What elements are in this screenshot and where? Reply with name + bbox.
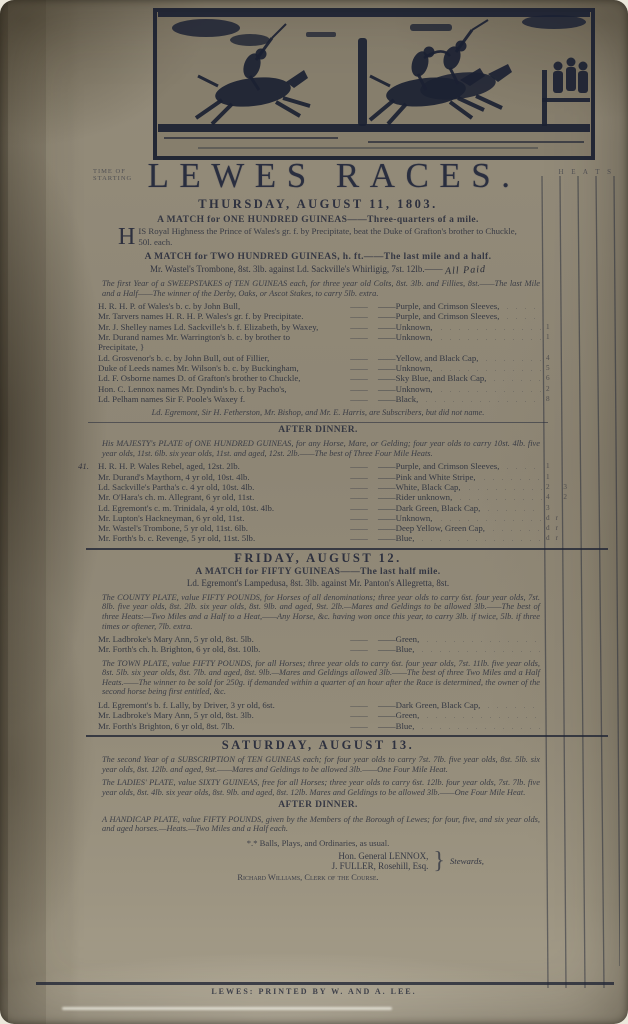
- entry-heat-result: 1: [546, 322, 602, 332]
- county-plate-entries: Mr. Ladbroke's Mary Ann, 5 yr old, 8st. …: [98, 634, 544, 655]
- entry-row: Mr. Forth's b. c. Revenge, 5 yr old, 11s…: [98, 533, 544, 543]
- entry-colours: ——Purple, and Crimson Sleeves,: [378, 301, 499, 311]
- entry-row: Mr. Lupton's Hackneyman, 6 yr old, 11st.…: [98, 513, 544, 523]
- steward-name: Hon. General LENNOX,: [332, 851, 429, 862]
- match2-title: A MATCH for TWO HUNDRED GUINEAS, h. ft.—…: [92, 252, 544, 263]
- entry-colours: ——Deep Yellow, Green Cap,: [378, 523, 485, 533]
- entry-dash: ——: [340, 523, 378, 533]
- entry-dot-leader: [488, 374, 542, 381]
- entry-dot-leader: [501, 462, 542, 469]
- entry-horse: Mr. Ladbroke's Mary Ann, 5 yr old, 8st. …: [98, 710, 340, 720]
- entry-dot-leader: [478, 473, 542, 480]
- entry-horse: Duke of Leeds names Mr. Wilson's b. c. b…: [98, 363, 340, 373]
- entry-row: Ld. F. Osborne names D. of Grafton's bro…: [98, 373, 544, 383]
- entry-dot-leader: [416, 645, 542, 652]
- entry-dash: ——: [340, 461, 378, 471]
- match1-title: A MATCH for ONE HUNDRED GUINEAS——Three-q…: [92, 215, 544, 226]
- entry-row: Mr. Ladbroke's Mary Ann, 5 yr old, 8st. …: [98, 634, 544, 644]
- entry-dot-leader: [482, 701, 542, 708]
- entry-heat-result: 4: [546, 353, 602, 363]
- entry-dot-leader: [454, 493, 542, 500]
- entry-horse: Mr. Forth's Brighton, 6 yr old, 8st. 7lb…: [98, 721, 340, 731]
- entry-colours: ——Sky Blue, and Black Cap,: [378, 373, 486, 383]
- sweepstakes-conditions: The first Year of a SWEEPSTAKES of TEN G…: [102, 279, 540, 298]
- entry-row: Ld. Egremont's b. f. Lally, by Driver, 3…: [98, 700, 544, 710]
- entry-row: Ld. Egremont's c. m. Trinidala, 4 yr old…: [98, 503, 544, 513]
- entry-colours: ——Green,: [378, 710, 419, 720]
- entry-row: Mr. Forth's ch. h. Brighton, 6 yr old, 8…: [98, 644, 544, 654]
- entry-row: Mr. Ladbroke's Mary Ann, 5 yr old, 8st. …: [98, 710, 544, 720]
- sweepstakes-entries: H. R. H. P. of Wales's b. c. by John Bul…: [98, 301, 544, 404]
- entry-horse: Mr. Tarvers names H. R. H. P. Wales's gr…: [98, 311, 340, 321]
- race-card-content: THURSDAY, AUGUST 11, 1803. A MATCH for O…: [92, 196, 544, 883]
- day-divider-rule: [86, 548, 608, 551]
- entry-row: Mr. J. Shelley names Ld. Sackville's b. …: [98, 322, 544, 332]
- entry-dot-leader: [487, 524, 542, 531]
- majesty-plate-conditions: His MAJESTY's PLATE of ONE HUNDRED GUINE…: [102, 439, 540, 458]
- entry-dash: ——: [340, 721, 378, 731]
- entry-heat-result: 8: [546, 394, 602, 404]
- clerk-of-course: Richard Williams, Clerk of the Course.: [92, 873, 524, 884]
- subscribers-footnote: Ld. Egremont, Sir H. Fetherston, Mr. Bis…: [92, 408, 544, 419]
- entry-heat-result: 4 2: [546, 492, 602, 502]
- entry-horse: Mr. Durand names Mr. Warrington's b. c. …: [98, 332, 340, 353]
- entry-dash: ——: [340, 394, 378, 404]
- entry-colours: ——Dark Green, Black Cap,: [378, 503, 480, 513]
- entry-dash: ——: [340, 301, 378, 311]
- entry-heat-result: 5: [546, 363, 602, 373]
- entry-colours: ——Blue,: [378, 533, 414, 543]
- entry-colours: ——Unknown,: [378, 384, 433, 394]
- handwritten-annotation: All Paid: [445, 264, 487, 277]
- entry-horse: Mr. Ladbroke's Mary Ann, 5 yr old, 8st. …: [98, 634, 340, 644]
- entry-dash: ——: [340, 492, 378, 502]
- paper-scratch-mark: [62, 1007, 392, 1010]
- entry-heat-result: 3: [546, 503, 602, 513]
- entry-colours: ——Pink and White Stripe,: [378, 472, 476, 482]
- entry-colours: ——White, Black Cap,: [378, 482, 461, 492]
- friday-match-title: A MATCH for FIFTY GUINEAS——The last half…: [92, 567, 544, 578]
- printer-imprint: LEWES: PRINTED BY W. AND A. LEE.: [0, 987, 628, 996]
- entry-heat-result: 6: [546, 373, 602, 383]
- entry-horse: Mr. Wastel's Trombone, 5 yr old, 11st. 6…: [98, 523, 340, 533]
- steward-name: J. FULLER, Rosehill, Esq.: [332, 861, 429, 872]
- entry-row: Hon. C. Lennox names Mr. Dyndin's b. c. …: [98, 384, 544, 394]
- entry-row: Mr. Durand's Maythorn, 4 yr old, 10st. 4…: [98, 472, 544, 482]
- entry-horse: Ld. Egremont's b. f. Lally, by Driver, 3…: [98, 700, 340, 710]
- entry-row: Mr. Tarvers names H. R. H. P. Wales's gr…: [98, 311, 544, 321]
- broadside-page: LEWES RACES. TIME OF STARTING H E A T S …: [0, 0, 628, 1024]
- entry-dash: ——: [340, 533, 378, 543]
- entry-dot-leader: [435, 385, 543, 392]
- entry-dash: ——: [340, 322, 378, 332]
- handicap-plate-conditions: A HANDICAP PLATE, value FIFTY POUNDS, gi…: [102, 815, 540, 834]
- entry-heat-result: dr: [546, 533, 602, 543]
- entry-dash: ——: [340, 700, 378, 710]
- entry-colours: ——Unknown,: [378, 322, 433, 332]
- entry-horse: Mr. Forth's b. c. Revenge, 5 yr old, 11s…: [98, 533, 340, 543]
- entry-row: Mr. Wastel's Trombone, 5 yr old, 11st. 6…: [98, 523, 544, 533]
- entry-dot-leader: [463, 483, 542, 490]
- entry-dot-leader: [420, 395, 542, 402]
- entry-colours: ——Unknown,: [378, 513, 433, 523]
- entry-colours: ——Unknown,: [378, 332, 433, 342]
- entry-horse: H. R. H. P. Wales Rebel, aged, 12st. 2lb…: [98, 461, 340, 471]
- entry-colours: ——Blue,: [378, 721, 414, 731]
- brace-glyph: }: [433, 856, 445, 867]
- horse-race-woodcut-icon: [157, 12, 591, 156]
- entry-dot-leader: [421, 635, 542, 642]
- entry-dash: ——: [340, 353, 378, 363]
- entry-horse: Mr. Forth's ch. h. Brighton, 6 yr old, 8…: [98, 644, 340, 654]
- entry-heat-result: 2: [546, 384, 602, 394]
- dropcap-H: H: [118, 227, 135, 247]
- entry-row: Mr. Forth's Brighton, 6 yr old, 8st. 7lb…: [98, 721, 544, 731]
- entry-row: Ld. Grosvenor's b. c. by John Bull, out …: [98, 353, 544, 363]
- thursday-heading: THURSDAY, AUGUST 11, 1803.: [92, 199, 544, 210]
- entry-horse: Mr. O'Hara's ch. m. Allegrant, 6 yr old,…: [98, 492, 340, 502]
- stewards-role-label: Stewards,: [450, 856, 484, 867]
- entry-row: Duke of Leeds names Mr. Wilson's b. c. b…: [98, 363, 544, 373]
- saturday-heading: SATURDAY, AUGUST 13.: [92, 740, 544, 751]
- match1-body: HIS Royal Highness the Prince of Wales's…: [118, 226, 530, 247]
- entry-dot-leader: [482, 504, 542, 511]
- balls-plays-note: *.* Balls, Plays, and Ordinaries, as usu…: [92, 838, 544, 849]
- entry-dot-leader: [416, 534, 542, 541]
- entry-dash: ——: [340, 513, 378, 523]
- after-dinner-label-2: AFTER DINNER.: [92, 800, 544, 811]
- entry-colours: ——Rider unknown,: [378, 492, 452, 502]
- entry-horse: Ld. Egremont's c. m. Trinidala, 4 yr old…: [98, 503, 340, 513]
- majesty-plate-entries: 41. H. R. H. P. Wales Rebel, aged, 12st.…: [98, 461, 544, 543]
- entry-horse: Ld. F. Osborne names D. of Grafton's bro…: [98, 373, 340, 383]
- entry-colours: ——Unknown,: [378, 363, 433, 373]
- heats-column-label: H E A T S: [558, 168, 614, 176]
- entry-horse: H. R. H. P. of Wales's b. c. by John Bul…: [98, 301, 340, 311]
- town-plate-entries: Ld. Egremont's b. f. Lally, by Driver, 3…: [98, 700, 544, 731]
- entry-row: Ld. Pelham names Sir F. Poole's Waxey f.…: [98, 394, 544, 404]
- entry-colours: ——Purple, and Crimson Sleeves,: [378, 311, 499, 321]
- entry-horse: Hon. C. Lennox names Mr. Dyndin's b. c. …: [98, 384, 340, 394]
- entry-row: Mr. Durand names Mr. Warrington's b. c. …: [98, 332, 544, 353]
- entry-heat-result: 1: [546, 461, 602, 471]
- entry-heat-result: 1: [546, 332, 602, 342]
- town-plate-conditions: The TOWN PLATE, value FIFTY POUNDS, for …: [102, 659, 540, 697]
- entry-dot-leader: [501, 312, 542, 319]
- entry-prefix: 41.: [78, 461, 89, 471]
- stewards-block: Hon. General LENNOX, J. FULLER, Rosehill…: [92, 851, 484, 872]
- entry-heat-result: dr: [546, 523, 602, 533]
- entry-colours: ——Green,: [378, 634, 419, 644]
- section-rule: [88, 422, 548, 423]
- entry-heat-result: dr: [546, 513, 602, 523]
- entry-dash: ——: [340, 332, 378, 342]
- entry-row: Ld. Sackville's Partha's c. 4 yr old, 10…: [98, 482, 544, 492]
- entry-horse: Mr. J. Shelley names Ld. Sackville's b. …: [98, 322, 340, 332]
- ladies-plate-conditions: The LADIES' PLATE, value SIXTY GUINEAS, …: [102, 778, 540, 797]
- entry-dot-leader: [435, 364, 543, 371]
- entry-dash: ——: [340, 384, 378, 394]
- subscription-conditions: The second Year of a SUBSCRIPTION of TEN…: [102, 755, 540, 774]
- entry-dot-leader: [435, 323, 543, 330]
- entry-horse: Ld. Grosvenor's b. c. by John Bull, out …: [98, 353, 340, 363]
- entry-dash: ——: [340, 363, 378, 373]
- county-plate-conditions: The COUNTY PLATE, value FIFTY POUNDS, fo…: [102, 593, 540, 631]
- entry-colours: ——Black,: [378, 394, 418, 404]
- entry-heat-result: 1: [546, 472, 602, 482]
- time-of-starting-label: TIME OF STARTING: [93, 168, 153, 182]
- entry-dot-leader: [421, 711, 542, 718]
- imprint-rule: [36, 982, 614, 985]
- entry-dash: ——: [340, 482, 378, 492]
- entry-horse: Ld. Pelham names Sir F. Poole's Waxey f.: [98, 394, 340, 404]
- entry-dot-leader: [501, 302, 542, 309]
- entry-dash: ——: [340, 311, 378, 321]
- entry-dot-leader: [480, 354, 542, 361]
- entry-dash: ——: [340, 634, 378, 644]
- entry-dash: ——: [340, 472, 378, 482]
- entry-dash: ——: [340, 373, 378, 383]
- friday-heading: FRIDAY, AUGUST 12.: [92, 553, 544, 564]
- entry-dash: ——: [340, 710, 378, 720]
- steward-names: Hon. General LENNOX, J. FULLER, Rosehill…: [332, 851, 429, 872]
- entry-dot-leader: [416, 722, 542, 729]
- entry-horse: Mr. Lupton's Hackneyman, 6 yr old, 11st.: [98, 513, 340, 523]
- entry-colours: ——Purple, and Crimson Sleeves,: [378, 461, 499, 471]
- entry-dot-leader: [435, 333, 543, 340]
- entry-heat-result: 2 3: [546, 482, 602, 492]
- day-divider-rule: [86, 735, 608, 738]
- entry-row: H. R. H. P. of Wales's b. c. by John Bul…: [98, 301, 544, 311]
- entry-horse: Ld. Sackville's Partha's c. 4 yr old, 10…: [98, 482, 340, 492]
- after-dinner-label-1: AFTER DINNER.: [92, 425, 544, 436]
- match2-line: Mr. Wastel's Trombone, 8st. 3lb. against…: [92, 264, 544, 276]
- entry-dash: ——: [340, 644, 378, 654]
- entry-dot-leader: [435, 514, 543, 521]
- entry-dash: ——: [340, 503, 378, 513]
- entry-colours: ——Dark Green, Black Cap,: [378, 700, 480, 710]
- entry-horse: Mr. Durand's Maythorn, 4 yr old, 10st. 4…: [98, 472, 340, 482]
- entry-colours: ——Yellow, and Black Cap,: [378, 353, 478, 363]
- friday-match-line: Ld. Egremont's Lampedusa, 8st. 3lb. agai…: [92, 578, 544, 589]
- heats-rule-columns: [538, 176, 620, 988]
- horse-race-woodcut-frame: [153, 8, 595, 160]
- entry-row: 41. H. R. H. P. Wales Rebel, aged, 12st.…: [98, 461, 544, 471]
- entry-row: Mr. O'Hara's ch. m. Allegrant, 6 yr old,…: [98, 492, 544, 502]
- entry-colours: ——Blue,: [378, 644, 414, 654]
